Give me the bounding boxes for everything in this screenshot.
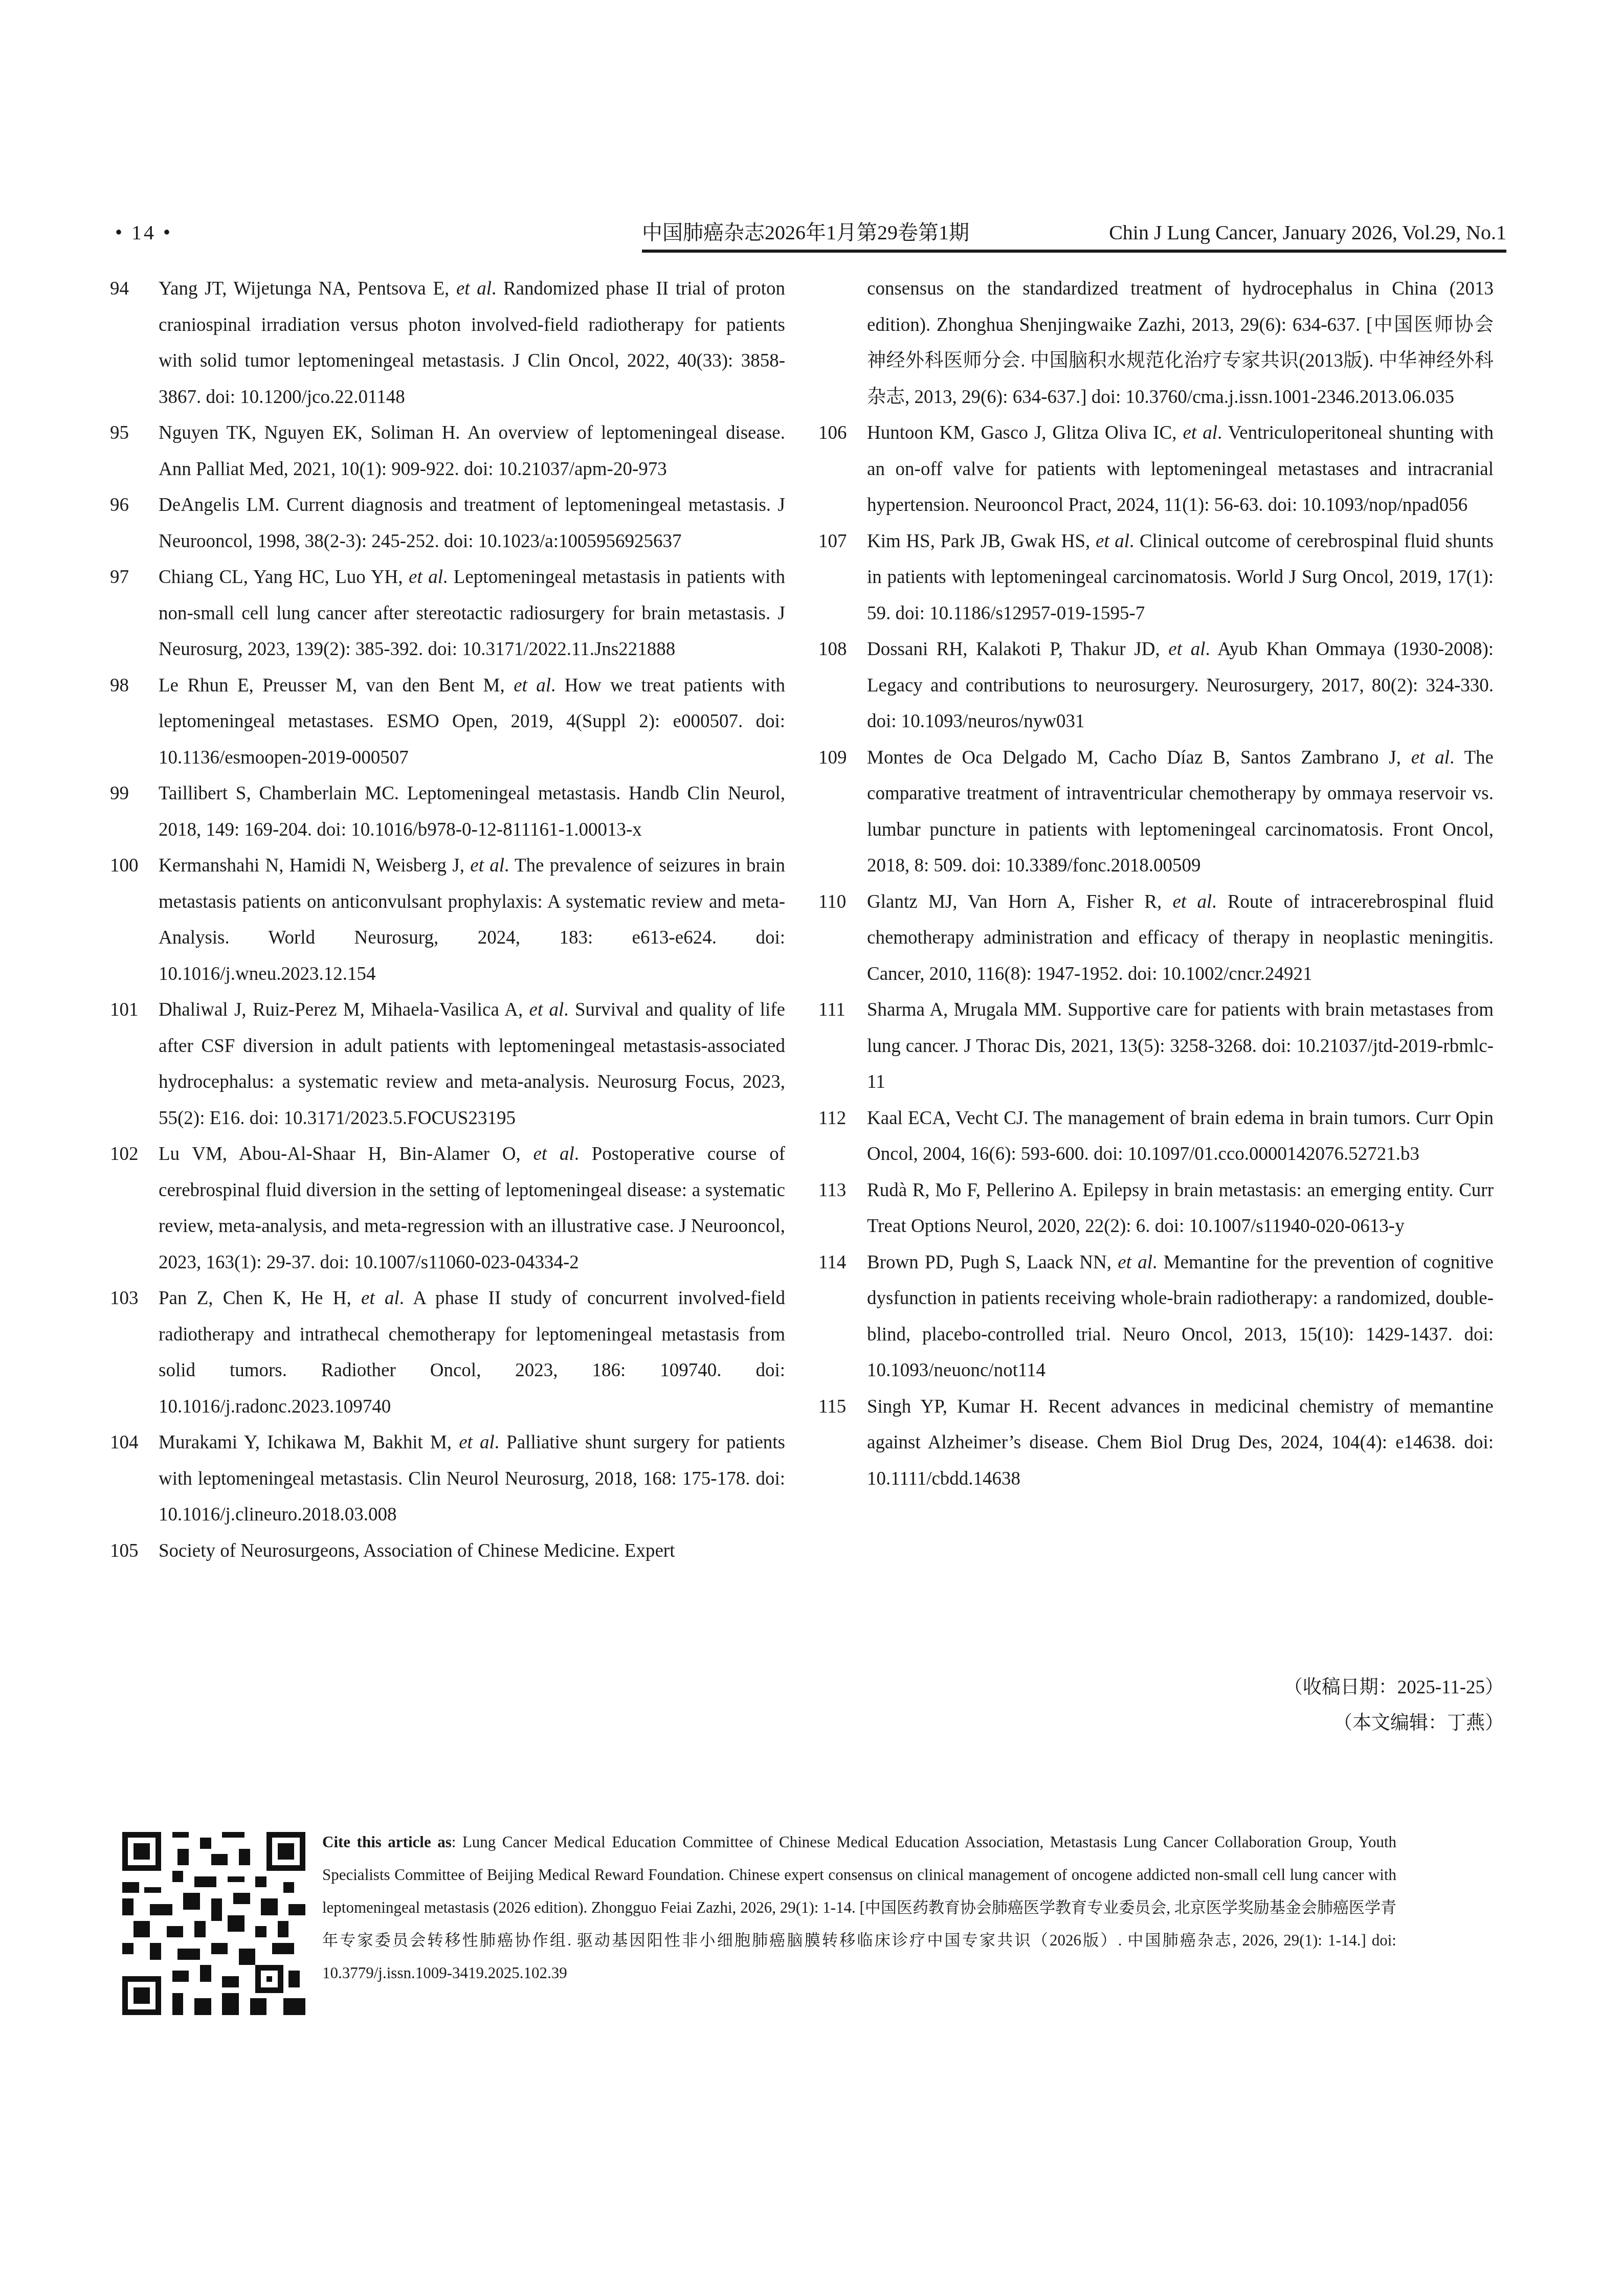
reference-number: 103 (110, 1281, 159, 1317)
reference-number: 94 (110, 271, 159, 307)
reference-authors: Chiang CL, Yang HC, Luo YH, (159, 567, 409, 588)
reference-text: Pan Z, Chen K, He H, et al. A phase II s… (159, 1281, 785, 1425)
reference-authors: Rudà R, Mo F, Pellerino A (867, 1180, 1073, 1201)
reference-item: 105Society of Neurosurgeons, Association… (110, 1533, 785, 1570)
editor-credit: （本文编辑：丁燕） (1228, 1706, 1504, 1741)
reference-text: Chiang CL, Yang HC, Luo YH, et al. Lepto… (159, 560, 785, 668)
reference-item: 94Yang JT, Wijetunga NA, Pentsova E, et … (110, 271, 785, 415)
reference-etal: et al (409, 567, 443, 588)
reference-authors: Lu VM, Abou-Al-Shaar H, Bin-Alamer O, (159, 1144, 533, 1165)
reference-item: 114Brown PD, Pugh S, Laack NN, et al. Me… (818, 1245, 1494, 1389)
reference-etal: et al (456, 278, 492, 299)
reference-authors: Yang JT, Wijetunga NA, Pentsova E, (159, 278, 456, 299)
reference-text: Lu VM, Abou-Al-Shaar H, Bin-Alamer O, et… (159, 1136, 785, 1281)
reference-etal: et al (1118, 1252, 1152, 1273)
received-date: （收稿日期：2025-11-25） (1228, 1670, 1504, 1706)
reference-authors: Society of Neurosurgeons, Association of… (159, 1540, 615, 1561)
reference-authors: Le Rhun E, Preusser M, van den Bent M, (159, 675, 514, 696)
reference-authors: Sharma A, Mrugala MM (867, 999, 1057, 1020)
reference-authors: Dossani RH, Kalakoti P, Thakur JD, (867, 639, 1168, 660)
reference-authors: Kaal ECA, Vecht CJ (867, 1108, 1024, 1129)
reference-authors: Murakami Y, Ichikawa M, Bakhit M, (159, 1432, 459, 1453)
reference-number: 95 (110, 415, 159, 452)
reference-text: Yang JT, Wijetunga NA, Pentsova E, et al… (159, 271, 785, 415)
reference-item: 113Rudà R, Mo F, Pellerino A. Epilepsy i… (818, 1173, 1494, 1245)
reference-authors: Montes de Oca Delgado M, Cacho Díaz B, S… (867, 747, 1411, 768)
reference-item: 107Kim HS, Park JB, Gwak HS, et al. Clin… (818, 524, 1494, 632)
reference-number: 114 (818, 1245, 867, 1281)
reference-item: 112Kaal ECA, Vecht CJ. The management of… (818, 1101, 1494, 1173)
reference-text: Le Rhun E, Preusser M, van den Bent M, e… (159, 668, 785, 776)
reference-authors: Nguyen TK, Nguyen EK, Soliman H (159, 422, 455, 443)
reference-item: 104Murakami Y, Ichikawa M, Bakhit M, et … (110, 1425, 785, 1533)
reference-number: 109 (818, 740, 867, 776)
reference-number: 97 (110, 560, 159, 596)
reference-number: 102 (110, 1136, 159, 1173)
reference-etal: et al (470, 855, 504, 876)
reference-item: 106Huntoon KM, Gasco J, Glitza Oliva IC,… (818, 415, 1494, 524)
reference-number: 107 (818, 524, 867, 560)
reference-etal: et al (1411, 747, 1450, 768)
reference-body: . Expert (615, 1540, 675, 1561)
reference-etal: et al (1173, 891, 1212, 912)
reference-number: 110 (818, 884, 867, 921)
reference-item: 109Montes de Oca Delgado M, Cacho Díaz B… (818, 740, 1494, 884)
reference-item: 99Taillibert S, Chamberlain MC. Leptomen… (110, 776, 785, 848)
citation-block: Cite this article as: Lung Cancer Medica… (322, 1826, 1396, 1989)
reference-authors: Singh YP, Kumar H (867, 1396, 1033, 1417)
reference-text: Singh YP, Kumar H. Recent advances in me… (867, 1389, 1494, 1497)
reference-etal: et al (1168, 639, 1205, 660)
reference-text: Montes de Oca Delgado M, Cacho Díaz B, S… (867, 740, 1494, 884)
reference-text: Kim HS, Park JB, Gwak HS, et al. Clinica… (867, 524, 1494, 632)
reference-item: 102Lu VM, Abou-Al-Shaar H, Bin-Alamer O,… (110, 1136, 785, 1281)
reference-authors: Brown PD, Pugh S, Laack NN, (867, 1252, 1118, 1273)
reference-number: 101 (110, 992, 159, 1028)
reference-authors: Kermanshahi N, Hamidi N, Weisberg J, (159, 855, 470, 876)
running-head: 中国肺癌杂志2026年1月第29卷第1期 Chin J Lung Cancer,… (642, 220, 1506, 253)
reference-item: 115Singh YP, Kumar H. Recent advances in… (818, 1389, 1494, 1497)
reference-number: 108 (818, 632, 867, 668)
reference-item: 98Le Rhun E, Preusser M, van den Bent M,… (110, 668, 785, 776)
reference-number: 104 (110, 1425, 159, 1461)
citation-lead: Cite this article as (322, 1833, 452, 1851)
reference-etal: et al (1183, 422, 1218, 443)
reference-authors: Taillibert S, Chamberlain MC (159, 783, 394, 804)
reference-number: 96 (110, 487, 159, 524)
reference-authors: Huntoon KM, Gasco J, Glitza Oliva IC, (867, 422, 1183, 443)
reference-text: Rudà R, Mo F, Pellerino A. Epilepsy in b… (867, 1173, 1494, 1245)
qr-code-icon (119, 1832, 309, 2015)
reference-text: Kaal ECA, Vecht CJ. The management of br… (867, 1101, 1494, 1173)
page-number: • 14 • (115, 220, 172, 245)
reference-text: Brown PD, Pugh S, Laack NN, et al. Meman… (867, 1245, 1494, 1389)
reference-text: Murakami Y, Ichikawa M, Bakhit M, et al.… (159, 1425, 785, 1533)
reference-number: 112 (818, 1101, 867, 1137)
reference-number: 99 (110, 776, 159, 812)
journal-title-en: Chin J Lung Cancer, January 2026, Vol.29… (1109, 220, 1506, 250)
citation-text: : Lung Cancer Medical Education Committe… (322, 1833, 1396, 1982)
reference-etal: et al (459, 1432, 495, 1453)
reference-text: Huntoon KM, Gasco J, Glitza Oliva IC, et… (867, 415, 1494, 524)
reference-text: DeAngelis LM. Current diagnosis and trea… (159, 487, 785, 560)
reference-authors: Pan Z, Chen K, He H, (159, 1288, 361, 1309)
journal-title-cn: 中国肺癌杂志2026年1月第29卷第1期 (642, 220, 969, 250)
reference-number: 113 (818, 1173, 867, 1209)
reference-text: Sharma A, Mrugala MM. Supportive care fo… (867, 992, 1494, 1101)
reference-105-continuation: consensus on the standardized treatment … (818, 271, 1494, 415)
reference-item: 101Dhaliwal J, Ruiz-Perez M, Mihaela-Vas… (110, 992, 785, 1136)
reference-item: 95Nguyen TK, Nguyen EK, Soliman H. An ov… (110, 415, 785, 487)
reference-text: Society of Neurosurgeons, Association of… (159, 1533, 785, 1570)
reference-number: 98 (110, 668, 159, 704)
reference-authors: DeAngelis LM (159, 495, 275, 516)
references-left-column: 94Yang JT, Wijetunga NA, Pentsova E, et … (110, 271, 785, 1569)
reference-text: Glantz MJ, Van Horn A, Fisher R, et al. … (867, 884, 1494, 993)
reference-item: 100Kermanshahi N, Hamidi N, Weisberg J, … (110, 848, 785, 992)
reference-text: Dossani RH, Kalakoti P, Thakur JD, et al… (867, 632, 1494, 740)
reference-item: 97Chiang CL, Yang HC, Luo YH, et al. Lep… (110, 560, 785, 668)
reference-text: Kermanshahi N, Hamidi N, Weisberg J, et … (159, 848, 785, 992)
reference-item: 111Sharma A, Mrugala MM. Supportive care… (818, 992, 1494, 1101)
reference-authors: Glantz MJ, Van Horn A, Fisher R, (867, 891, 1173, 912)
reference-item: 108Dossani RH, Kalakoti P, Thakur JD, et… (818, 632, 1494, 740)
reference-etal: et al (361, 1288, 399, 1309)
reference-authors: Kim HS, Park JB, Gwak HS, (867, 531, 1096, 552)
reference-authors: Dhaliwal J, Ruiz-Perez M, Mihaela-Vasili… (159, 999, 529, 1020)
references-right-column: consensus on the standardized treatment … (818, 271, 1494, 1497)
reference-etal: et al (533, 1144, 574, 1165)
reference-item: 110Glantz MJ, Van Horn A, Fisher R, et a… (818, 884, 1494, 993)
reference-number: 115 (818, 1389, 867, 1425)
reference-item: 103Pan Z, Chen K, He H, et al. A phase I… (110, 1281, 785, 1425)
reference-number: 100 (110, 848, 159, 884)
reference-etal: et al (1096, 531, 1129, 552)
reference-number: 105 (110, 1533, 159, 1570)
reference-number: 111 (818, 992, 867, 1028)
reference-text: Nguyen TK, Nguyen EK, Soliman H. An over… (159, 415, 785, 487)
reference-number: 106 (818, 415, 867, 452)
article-meta: （收稿日期：2025-11-25） （本文编辑：丁燕） (1228, 1670, 1504, 1741)
page-header: • 14 • 中国肺癌杂志2026年1月第29卷第1期 Chin J Lung … (115, 220, 1506, 251)
reference-etal: et al (514, 675, 551, 696)
reference-item: 96DeAngelis LM. Current diagnosis and tr… (110, 487, 785, 560)
reference-text: Taillibert S, Chamberlain MC. Leptomenin… (159, 776, 785, 848)
reference-text: Dhaliwal J, Ruiz-Perez M, Mihaela-Vasili… (159, 992, 785, 1136)
reference-etal: et al (529, 999, 564, 1020)
